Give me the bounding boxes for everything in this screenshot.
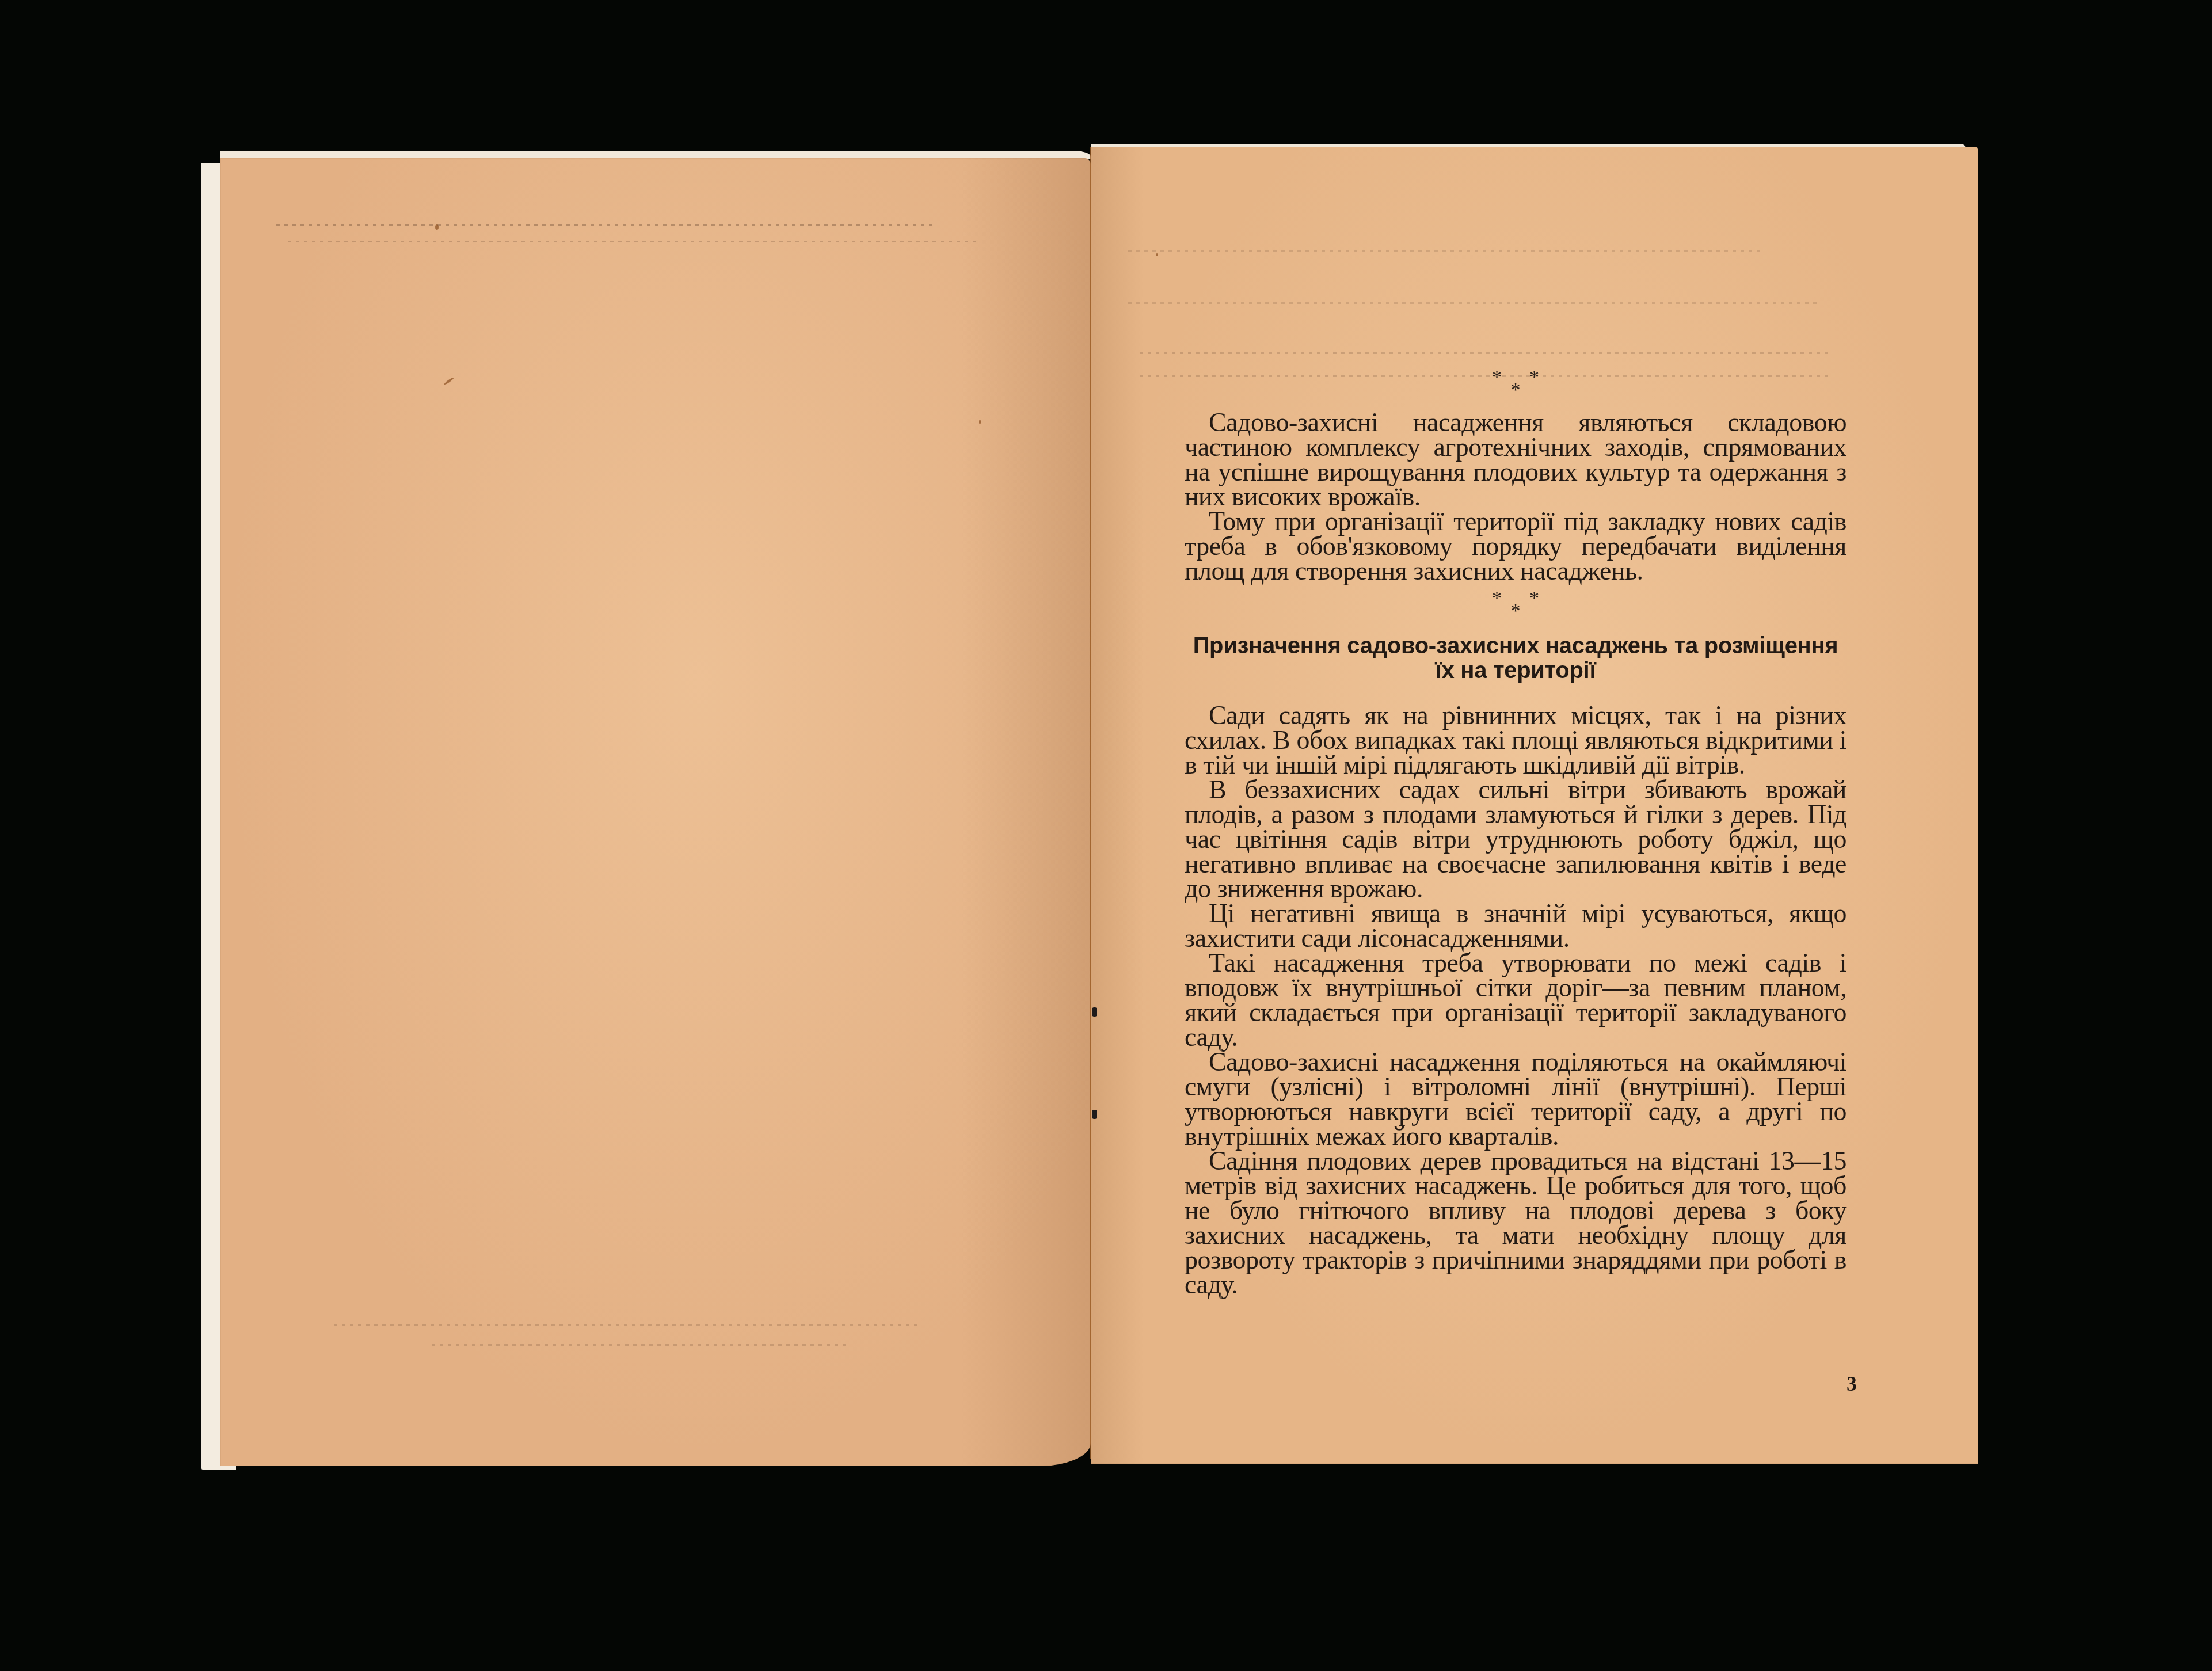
left-page: [220, 158, 1091, 1466]
paragraph: Ці негативні явища в значній мірі усуваю…: [1185, 901, 1846, 950]
paragraph: Садіння плодових дерев провадиться на ві…: [1185, 1148, 1846, 1297]
show-through-line: [1128, 302, 1819, 304]
paper-speck: [979, 420, 981, 424]
paragraph: Такі насадження треба утворювати по межі…: [1185, 950, 1846, 1049]
paper-speck: [435, 224, 439, 230]
page-number: 3: [1846, 1372, 1857, 1396]
asterism-mid: ** *: [1185, 592, 1846, 618]
paragraph: Сади садять як на рівнинних місцях, так …: [1185, 703, 1846, 777]
show-through-line: [288, 241, 979, 242]
show-through-line: [334, 1324, 921, 1326]
page-text: Садово-захисні насадження являються скла…: [1185, 410, 1846, 1297]
paragraph: В беззахисних садах сильні вітри збивают…: [1185, 777, 1846, 901]
paragraph: Тому при організації території під закла…: [1185, 509, 1846, 583]
paragraph: Садово-захисні насадження являються скла…: [1185, 410, 1846, 509]
paper-speck: [1156, 253, 1158, 256]
left-page-top-edge: [220, 151, 1091, 159]
show-through-line: [1128, 250, 1761, 252]
show-through-line: [276, 224, 932, 226]
show-through-line: [1140, 352, 1830, 354]
paragraph: Садово-захисні насадження поділяються на…: [1185, 1049, 1846, 1148]
asterism-top: ** *: [1185, 371, 1846, 397]
show-through-line: [432, 1344, 846, 1346]
staple-icon: [1092, 1110, 1097, 1119]
staple-icon: [1092, 1007, 1097, 1017]
book-gutter: [1090, 147, 1091, 1459]
section-heading: Призначення садово-захисних насаджень та…: [1185, 634, 1846, 683]
